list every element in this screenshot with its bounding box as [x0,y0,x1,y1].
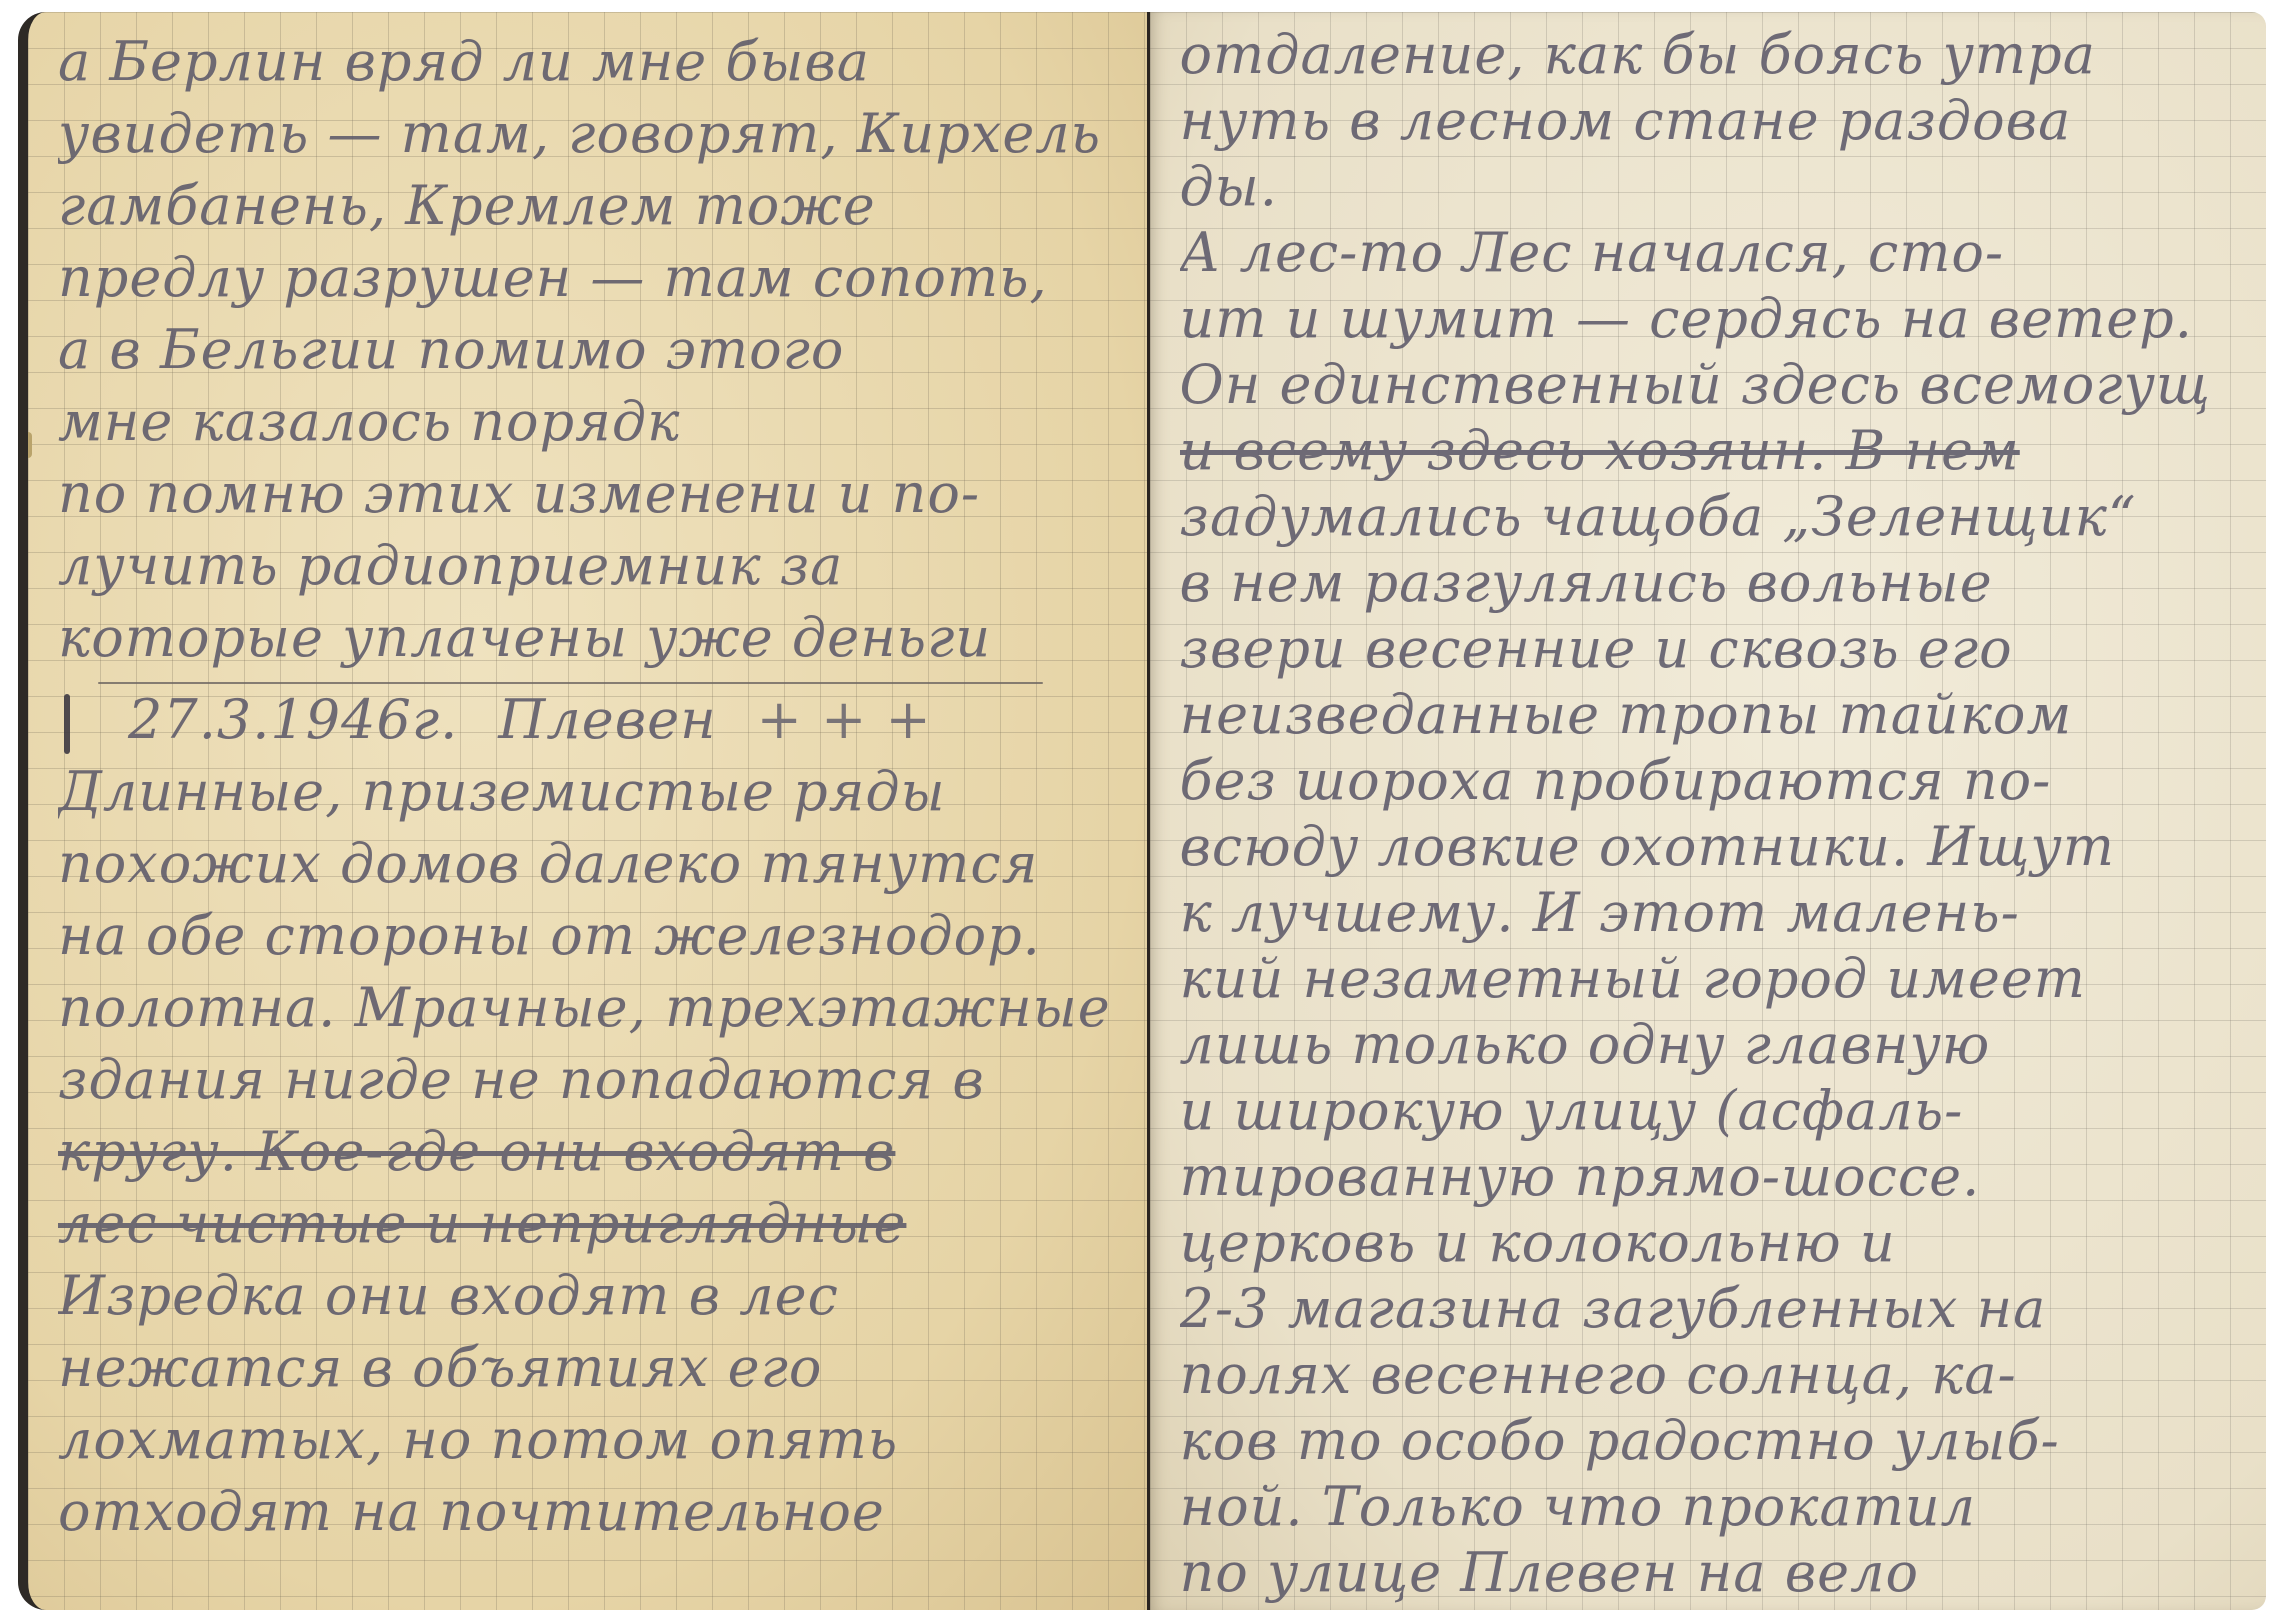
handwritten-line: Длинные, приземистые ряды [58,756,1123,828]
handwritten-line: звери весенние и сквозь его [1180,616,2243,682]
handwritten-line: которые уплачены уже деньги [58,602,1123,674]
handwritten-line: 2-3 магазина загубленных на [1180,1276,2243,1342]
handwritten-line: а в Бельгии помимо этого [58,314,1123,386]
handwritten-line: лучить радиоприемник за [58,530,1123,602]
handwritten-line: всюду ловкие охотники. Ищут [1180,814,2243,880]
handwritten-line: отходят на почтительное [58,1476,1123,1548]
struck-line: кругу. Кое-где они входят в [58,1116,1123,1188]
handwritten-line: мне казалось порядк [58,386,1123,458]
right-page: отдаление, как бы боясь утра нуть в лесн… [1150,12,2267,1610]
handwritten-line: здания нигде не попадаются в [58,1044,1123,1116]
handwritten-line: ит и шумит — сердясь на ветер. [1180,286,2243,352]
entry-place: Плевен [498,684,716,756]
binding-mark [22,432,32,458]
handwritten-line: а Берлин вряд ли мне быва [58,26,1123,98]
entry-date: 27.3.1946г. [128,684,458,756]
handwritten-line: по улице Плевен на вело [1180,1540,2243,1606]
handwritten-line: лохматых, но потом опять [58,1404,1123,1476]
handwritten-line: и широкую улицу (асфаль- [1180,1078,2243,1144]
handwritten-line: полотна. Мрачные, трехэтажные [58,972,1123,1044]
handwritten-line: на обе стороны от железнодор. [58,900,1123,972]
handwritten-line: полях весеннего солнца, ка- [1180,1342,2243,1408]
handwritten-line: увидеть — там, говорят, Кирхель [58,98,1123,170]
handwritten-line: в нем разгулялись вольные [1180,550,2243,616]
handwritten-line: ков то особо радостно улыб- [1180,1408,2243,1474]
handwritten-line: неизведанные тропы тайком [1180,682,2243,748]
handwritten-line: ды. [1180,154,2243,220]
left-page: а Берлин вряд ли мне быва увидеть — там,… [18,12,1147,1610]
notebook-spread: а Берлин вряд ли мне быва увидеть — там,… [18,12,2266,1610]
handwritten-line: нуть в лесном стане раздова [1180,88,2243,154]
margin-mark [64,694,70,754]
handwritten-line: похожих домов далеко тянутся [58,828,1123,900]
handwritten-line: Изредка они входят в лес [58,1260,1123,1332]
handwritten-line: кий незаметный город имеет [1180,946,2243,1012]
handwritten-line: церковь и колокольню и [1180,1210,2243,1276]
handwritten-line: гамбанень, Кремлем тоже [58,170,1123,242]
handwritten-line: тированную прямо-шоссе. [1180,1144,2243,1210]
entry-heading: 27.3.1946г. Плевен + + + [58,684,1123,756]
handwritten-line: лишь только одну главную [1180,1012,2243,1078]
right-page-text: отдаление, как бы боясь утра нуть в лесн… [1180,22,2243,1606]
left-page-text: а Берлин вряд ли мне быва увидеть — там,… [58,26,1123,1548]
handwritten-line: предлу разрушен — там сопоть, [58,242,1123,314]
handwritten-line: без шороха пробираются по- [1180,748,2243,814]
handwritten-line: отдаление, как бы боясь утра [1180,22,2243,88]
handwritten-line: нежатся в объятиях его [58,1332,1123,1404]
handwritten-line: ной. Только что прокатил [1180,1474,2243,1540]
struck-line: и всему здесь хозяин. В нем [1180,418,2243,484]
struck-line: лес чистые и неприглядные [58,1188,1123,1260]
handwritten-line: по помню этих изменени и по- [58,458,1123,530]
handwritten-line: задумались чащоба „Зеленщик“ [1180,484,2243,550]
handwritten-line: к лучшему. И этот малень- [1180,880,2243,946]
handwritten-line: Он единственный здесь всемогущ [1180,352,2243,418]
handwritten-line: А лес-то Лес начался, сто- [1180,220,2243,286]
entry-marks: + + + [757,684,932,756]
